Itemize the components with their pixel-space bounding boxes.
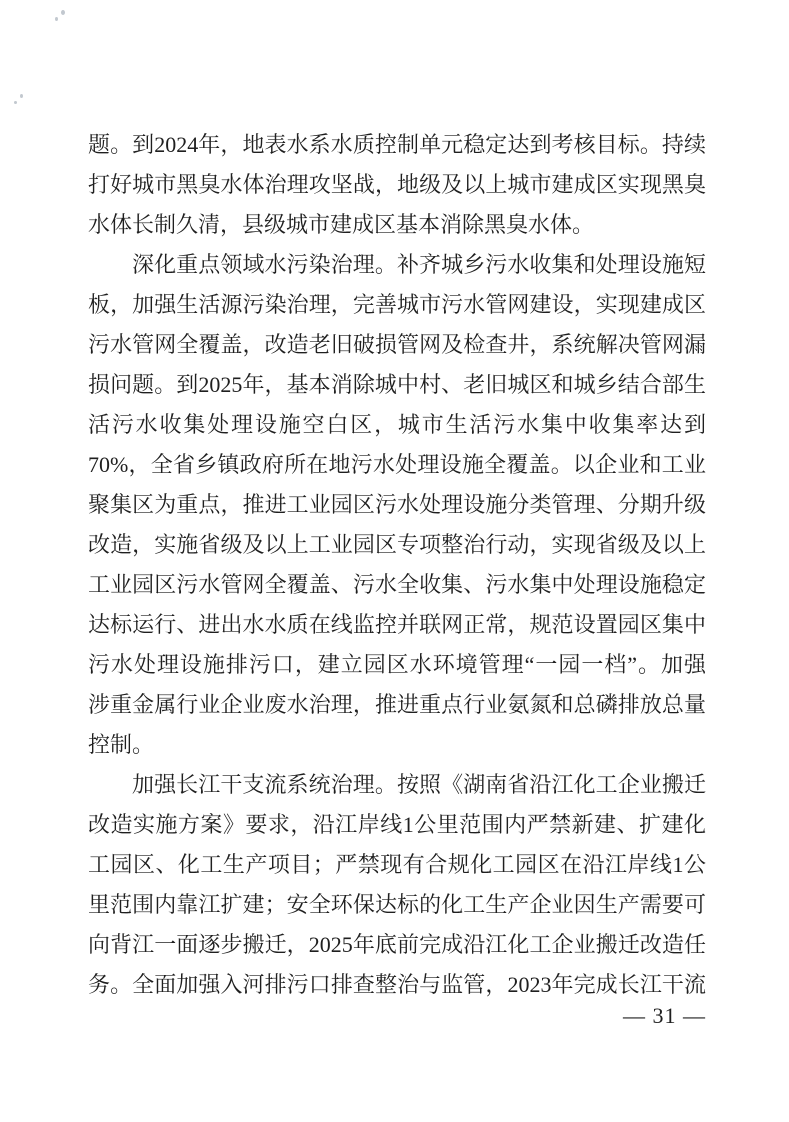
text-line: 板，加强生活源污染治理，完善城市污水管网建设，实现建成区 (88, 285, 706, 325)
text-line: 打好城市黑臭水体治理攻坚战，地级及以上城市建成区实现黑臭 (88, 165, 706, 205)
text-line: 控制。 (88, 725, 706, 765)
text-line: 达标运行、进出水水质在线监控并联网正常，规范设置园区集中 (88, 605, 706, 645)
document-page: 题。到2024年，地表水系水质控制单元稳定达到考核目标。持续 打好城市黑臭水体治… (0, 0, 789, 1122)
text-line: 里范围内靠江扩建；安全环保达标的化工生产企业因生产需要可 (88, 885, 706, 925)
scan-speck (14, 101, 17, 104)
text-line: 改造，实施省级及以上工业园区专项整治行动，实现省级及以上 (88, 525, 706, 565)
text-line: 聚集区为重点，推进工业园区污水处理设施分类管理、分期升级 (88, 485, 706, 525)
text-line: 水体长制久清，县级城市建成区基本消除黑臭水体。 (88, 205, 706, 245)
text-line: 改造实施方案》要求，沿江岸线1公里范围内严禁新建、扩建化 (88, 805, 706, 845)
text-line: 工业园区污水管网全覆盖、污水全收集、污水集中处理设施稳定 (88, 565, 706, 605)
scan-speck (61, 10, 65, 15)
scan-speck (20, 94, 23, 98)
body-text: 题。到2024年，地表水系水质控制单元稳定达到考核目标。持续 打好城市黑臭水体治… (88, 125, 706, 1005)
text-line: 污水处理设施排污口，建立园区水环境管理“一园一档”。加强 (88, 645, 706, 685)
text-line: 深化重点领域水污染治理。补齐城乡污水收集和处理设施短 (88, 245, 706, 285)
text-line: 务。全面加强入河排污口排查整治与监管，2023年完成长江干流 (88, 965, 706, 1005)
page-number: — 31 — (88, 1001, 706, 1031)
text-line: 工园区、化工生产项目；严禁现有合规化工园区在沿江岸线1公 (88, 845, 706, 885)
text-line: 题。到2024年，地表水系水质控制单元稳定达到考核目标。持续 (88, 125, 706, 165)
text-line: 污水管网全覆盖，改造老旧破损管网及检查井，系统解决管网漏 (88, 325, 706, 365)
scan-speck (55, 17, 58, 21)
text-line: 加强长江干支流系统治理。按照《湖南省沿江化工企业搬迁 (88, 765, 706, 805)
text-line: 损问题。到2025年，基本消除城中村、老旧城区和城乡结合部生 (88, 365, 706, 405)
text-line: 活污水收集处理设施空白区，城市生活污水集中收集率达到 (88, 405, 706, 445)
text-line: 向背江一面逐步搬迁，2025年底前完成沿江化工企业搬迁改造任 (88, 925, 706, 965)
text-line: 涉重金属行业企业废水治理，推进重点行业氨氮和总磷排放总量 (88, 685, 706, 725)
text-line: 70%，全省乡镇政府所在地污水处理设施全覆盖。以企业和工业 (88, 445, 706, 485)
